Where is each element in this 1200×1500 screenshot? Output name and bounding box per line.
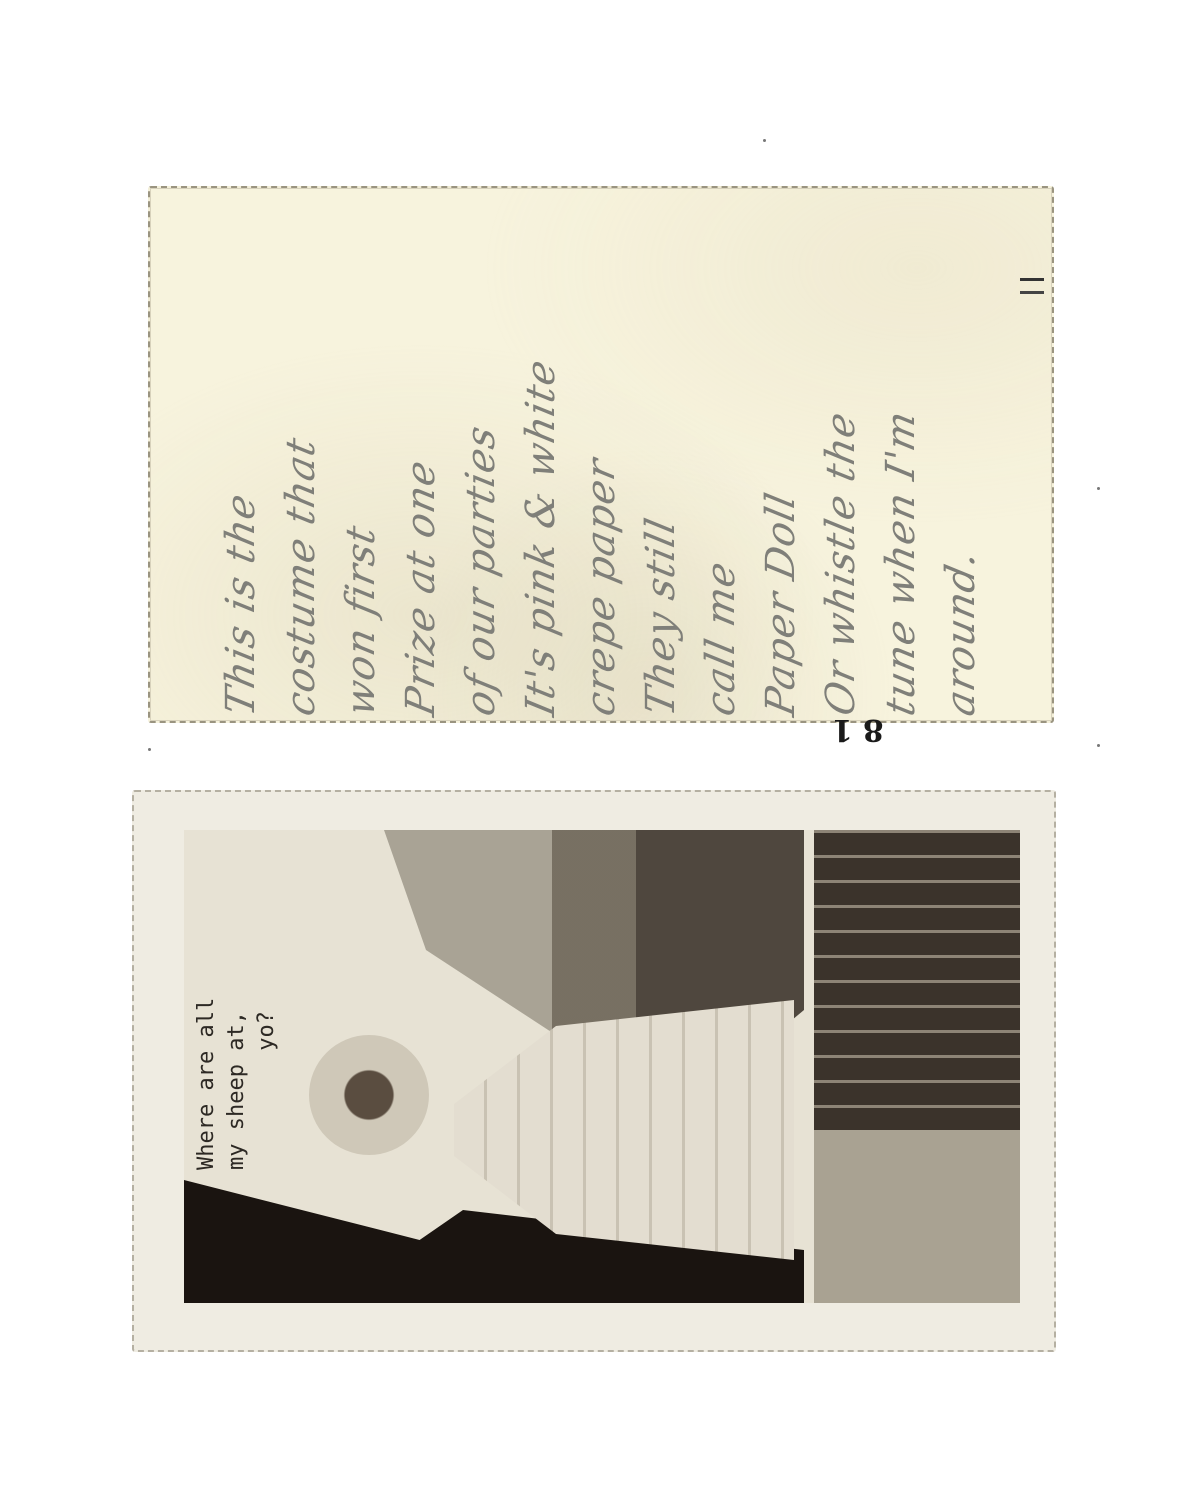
pavement [814, 1130, 1020, 1303]
handwriting-line: around. [931, 188, 991, 721]
stamp-number: 81 [822, 712, 884, 747]
handwriting-line: won first [331, 188, 391, 721]
handwriting-line: Paper Doll [751, 188, 811, 721]
dust-speck [148, 748, 151, 751]
handwriting-line: call me [691, 188, 751, 721]
photo-front: Where are all my sheep at, yo? [132, 790, 1056, 1352]
caption-line: Where are all [192, 840, 222, 1170]
handwriting-line: Prize at one [391, 188, 451, 721]
caption-line: my sheep at, [222, 840, 252, 1170]
handwriting-line: costume that [271, 188, 331, 721]
handwriting-line: They still [631, 188, 691, 721]
ink-mark [1020, 278, 1044, 294]
stone-wall [814, 830, 1020, 1130]
dust-speck [763, 139, 766, 142]
photo-image: Where are all my sheep at, yo? [184, 830, 1020, 1303]
caption-line: yo? [252, 840, 282, 1170]
dust-speck [1097, 487, 1100, 490]
dust-speck [1097, 744, 1100, 747]
handwriting-line: This is the [211, 188, 271, 721]
photo-back: This is the costume that won first Prize… [148, 186, 1054, 723]
handwriting-line: tune when I'm [871, 188, 931, 721]
typed-caption: Where are all my sheep at, yo? [192, 840, 332, 1140]
handwriting-line: It's pink & white [511, 188, 571, 721]
handwriting-line: crepe paper [571, 188, 631, 721]
handwritten-note: This is the costume that won first Prize… [171, 195, 1031, 715]
handwriting-line: of our parties [451, 188, 511, 721]
handwriting-line: Or whistle the [811, 188, 871, 721]
